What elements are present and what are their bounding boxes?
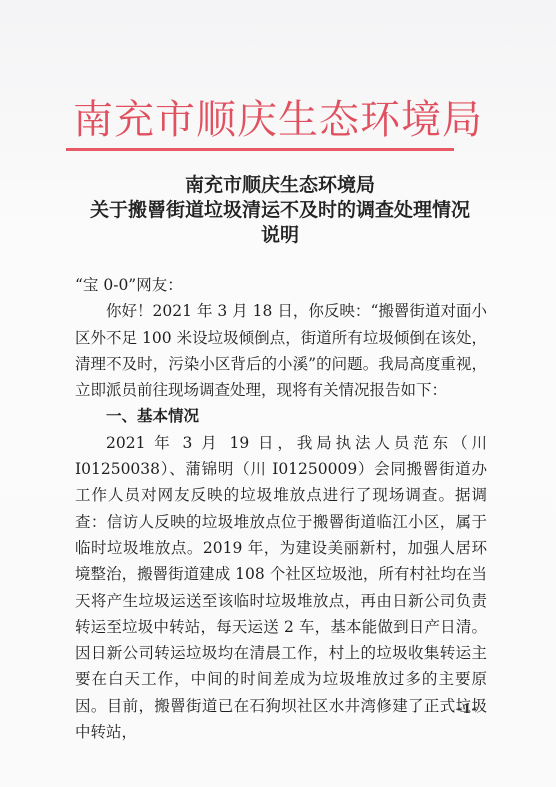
greeting: “宝 0-0”网友： [75,272,487,298]
title-line-3: 说明 [60,223,500,248]
letterhead-org-name: 南充市顺庆生态环境局 [0,96,556,144]
title-line-2: 关于搬罾街道垃圾清运不及时的调查处理情况 [60,198,500,223]
page-number: -1- [457,702,477,717]
section-heading: 一、基本情况 [75,403,487,429]
section-body-paragraph: 2021 年 3 月 19 日，我局执法人员范东（川 I01250038）、蒲锦… [75,430,487,746]
document-body: “宝 0-0”网友： 你好！2021 年 3 月 18 日，你反映：“搬罾街道对… [75,272,487,745]
document-title: 南充市顺庆生态环境局 关于搬罾街道垃圾清运不及时的调查处理情况 说明 [60,173,500,248]
document-page: 南充市顺庆生态环境局 南充市顺庆生态环境局 关于搬罾街道垃圾清运不及时的调查处理… [0,0,556,787]
title-line-1: 南充市顺庆生态环境局 [60,173,500,198]
letterhead-red-rule [66,148,454,151]
intro-paragraph: 你好！2021 年 3 月 18 日，你反映：“搬罾街道对面小区外不足 100 … [75,298,487,403]
